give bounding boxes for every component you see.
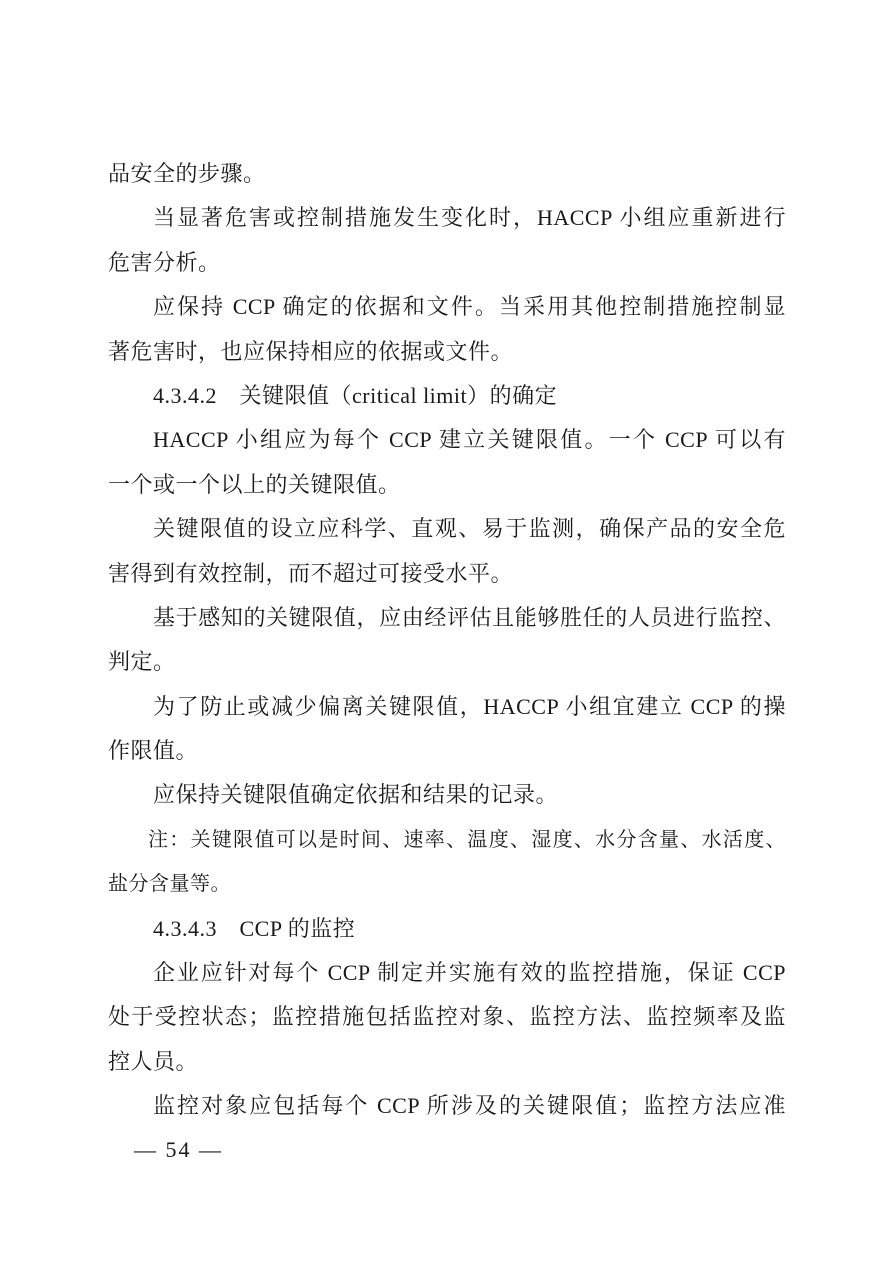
text-line: 应保持 CCP 确定的依据和文件。当采用其他控制措施控制显: [108, 285, 786, 329]
text-line: 控人员。: [108, 1040, 786, 1084]
text-line: 一个或一个以上的关键限值。: [108, 463, 786, 507]
text-line: 为了防止或减少偏离关键限值，HACCP 小组宜建立 CCP 的操: [108, 685, 786, 729]
text-line: 基于感知的关键限值，应由经评估且能够胜任的人员进行监控、: [108, 596, 786, 640]
text-line: 害得到有效控制，而不超过可接受水平。: [108, 552, 786, 596]
text-line: 品安全的步骤。: [108, 152, 786, 196]
text-line: 处于受控状态；监控措施包括监控对象、监控方法、监控频率及监: [108, 995, 786, 1039]
text-line: 关键限值的设立应科学、直观、易于监测，确保产品的安全危: [108, 507, 786, 551]
text-line: HACCP 小组应为每个 CCP 建立关键限值。一个 CCP 可以有: [108, 418, 786, 462]
document-page: { "doc": { "language": "zh-CN", "colors"…: [0, 0, 892, 1262]
text-line: 企业应针对每个 CCP 制定并实施有效的监控措施，保证 CCP: [108, 951, 786, 995]
text-line: 判定。: [108, 640, 786, 684]
text-line: 作限值。: [108, 729, 786, 773]
text-line: 著危害时，也应保持相应的依据或文件。: [108, 330, 786, 374]
heading-4-3-4-2: 4.3.4.2 关键限值（critical limit）的确定: [108, 374, 786, 418]
text-line: 当显著危害或控制措施发生变化时，HACCP 小组应重新进行: [108, 196, 786, 240]
text-line: 监控对象应包括每个 CCP 所涉及的关键限值；监控方法应准: [108, 1084, 786, 1128]
page-number: — 54 —: [134, 1136, 223, 1164]
text-line: 应保持关键限值确定依据和结果的记录。: [108, 773, 786, 817]
text-line: 危害分析。: [108, 241, 786, 285]
note-line: 注：关键限值可以是时间、速率、温度、湿度、水分含量、水活度、pH、: [108, 818, 786, 862]
page-body: 品安全的步骤。 当显著危害或控制措施发生变化时，HACCP 小组应重新进行 危害…: [108, 152, 786, 1129]
note-line: 盐分含量等。: [108, 862, 786, 906]
heading-4-3-4-3: 4.3.4.3 CCP 的监控: [108, 907, 786, 951]
